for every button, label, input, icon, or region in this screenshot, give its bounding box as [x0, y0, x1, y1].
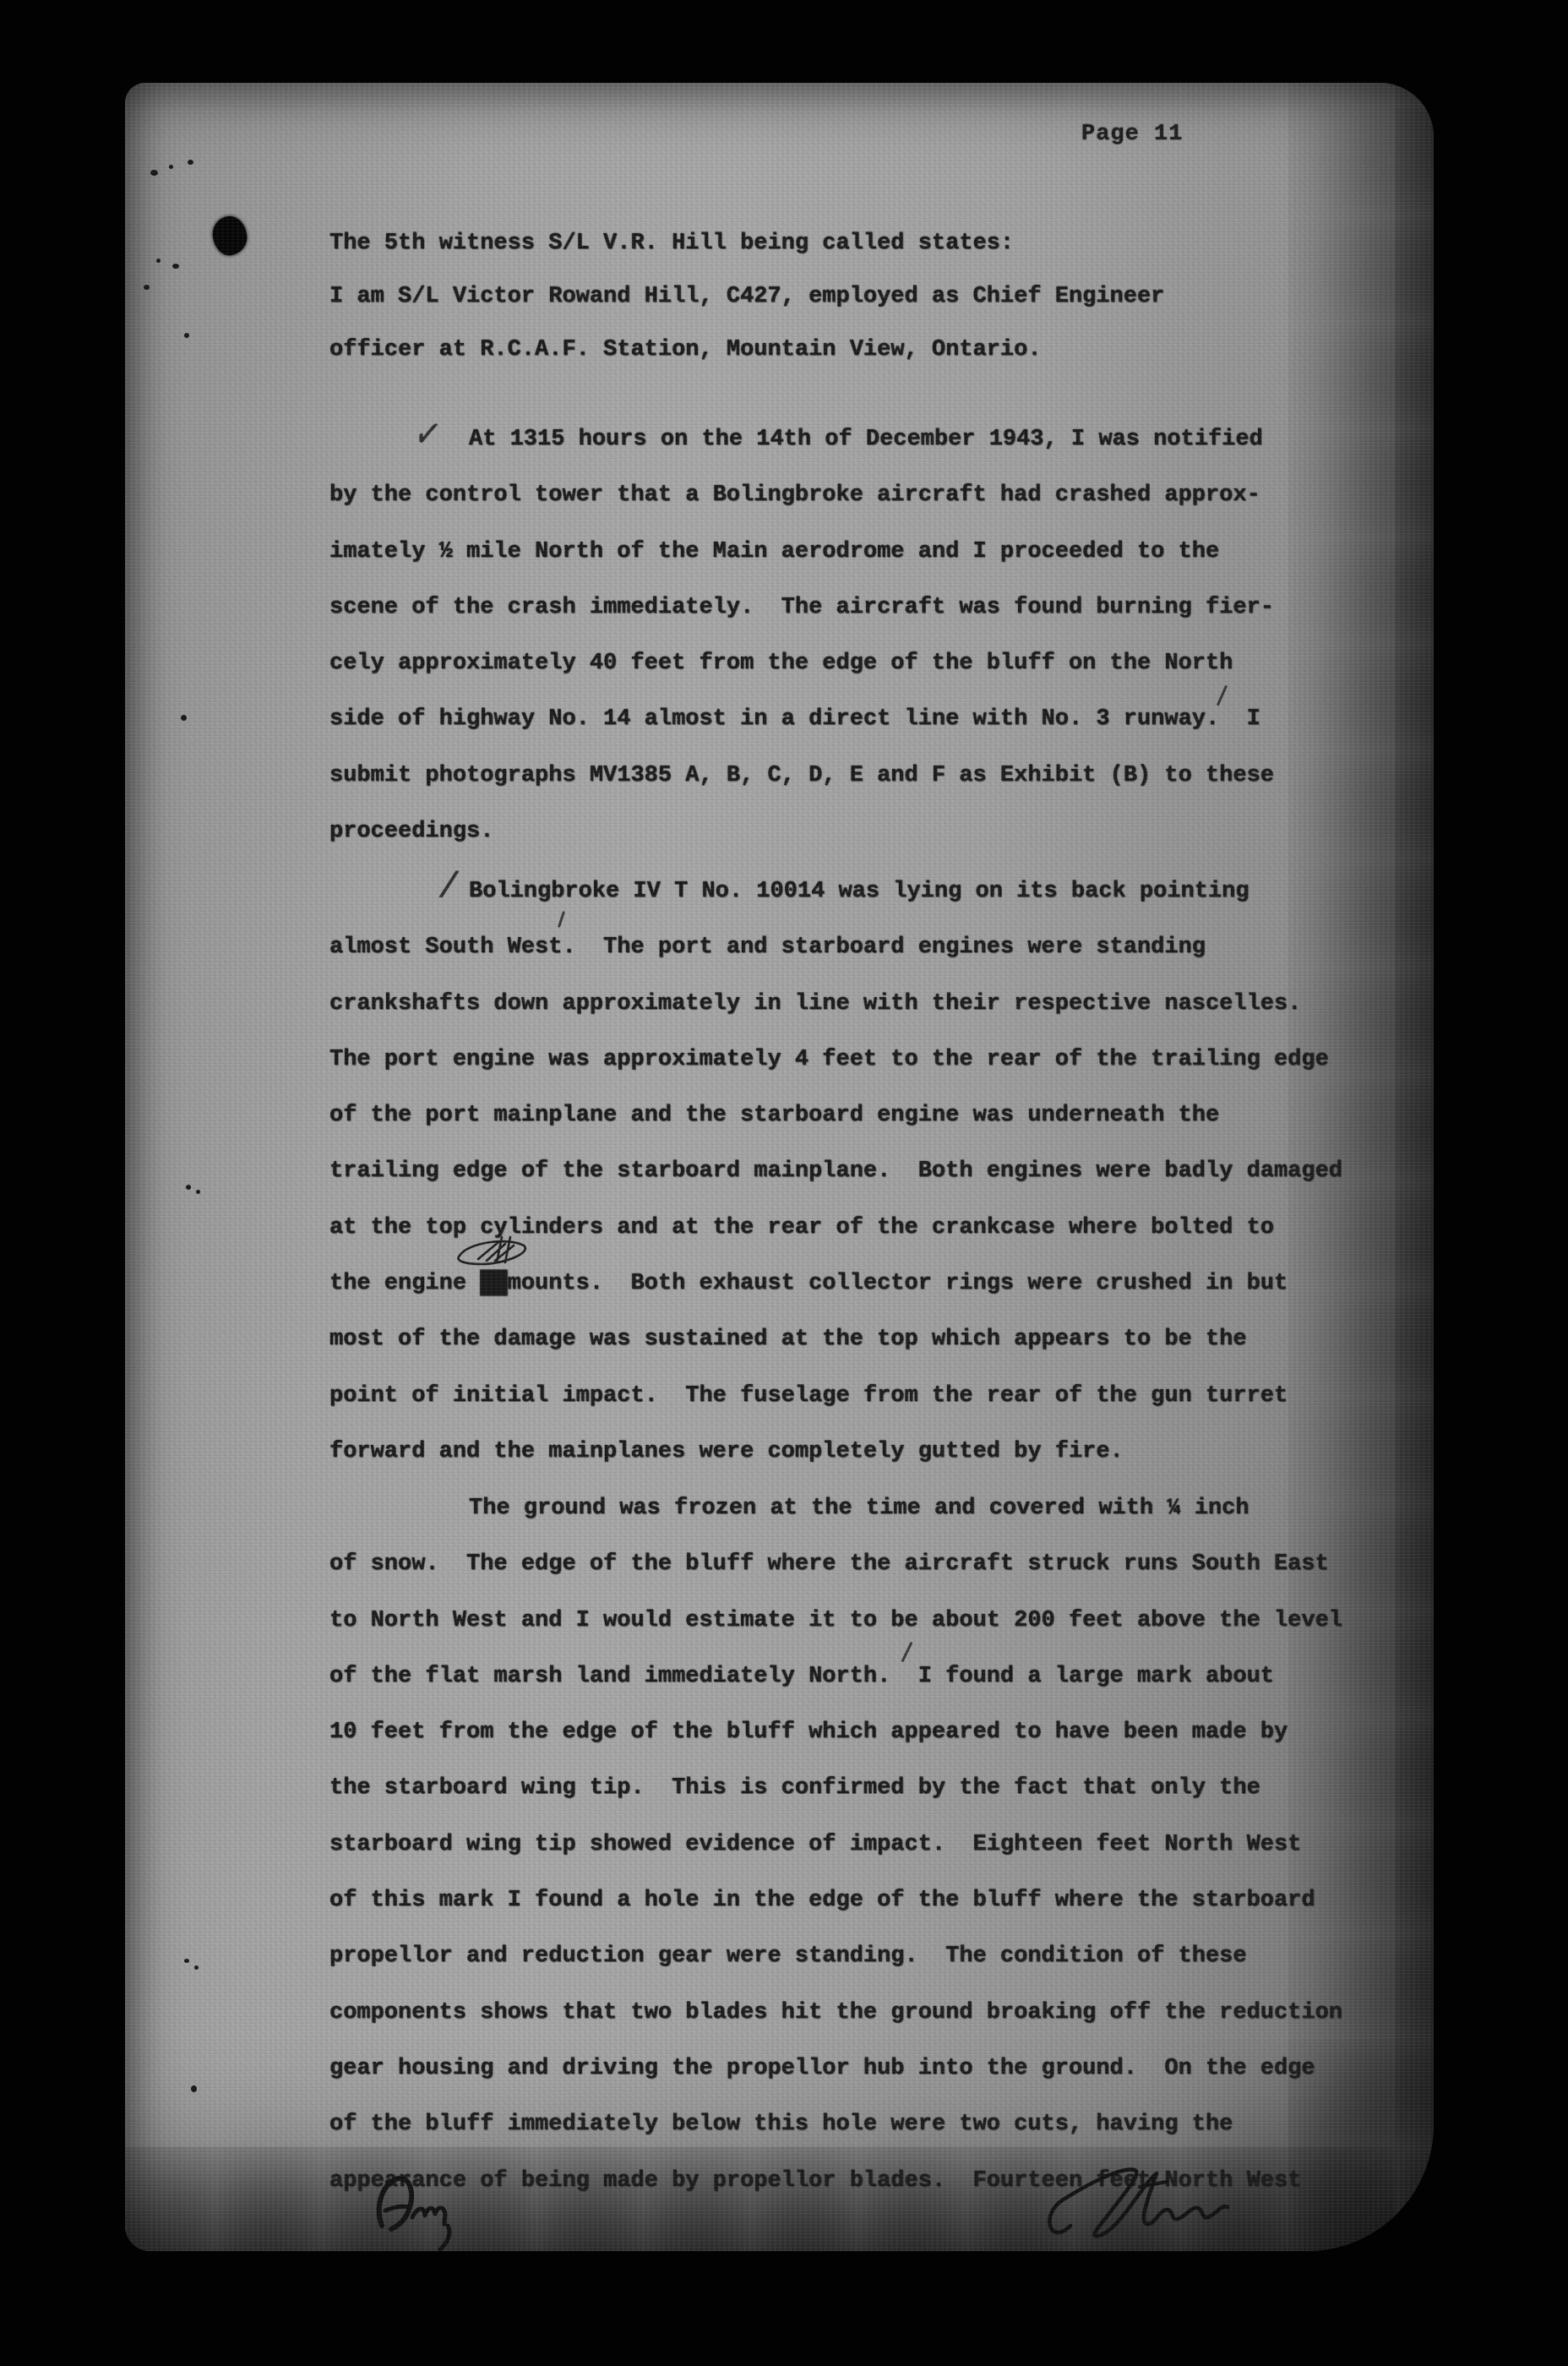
- text-line: of the port mainplane and the starboard …: [329, 1088, 1342, 1143]
- text-line: scene of the crash immediately. The airc…: [329, 580, 1274, 635]
- text-line: by the control tower that a Bolingbroke …: [329, 467, 1274, 523]
- text-line: The 5th witness S/L V.R. Hill being call…: [329, 217, 1164, 270]
- text-line: proceedings.: [329, 804, 1274, 859]
- handwritten-correction-scribble: [453, 1234, 537, 1273]
- paragraph-witness-intro: The 5th witness S/L V.R. Hill being call…: [329, 217, 1164, 377]
- text-line: officer at R.C.A.F. Station, Mountain Vi…: [329, 324, 1164, 377]
- text-line: I am S/L Victor Rowand Hill, C427, emplo…: [329, 270, 1164, 324]
- text-line: most of the damage was sustained at the …: [329, 1311, 1342, 1367]
- handwritten-note-am: [368, 2170, 504, 2251]
- text-line: of the flat marsh land immediately North…: [329, 1649, 1342, 1704]
- text-line: point of initial impact. The fuselage fr…: [329, 1368, 1342, 1424]
- text-line: cely approximately 40 feet from the edge…: [329, 635, 1274, 691]
- text-line: The port engine was approximately 4 feet…: [329, 1032, 1342, 1088]
- text-line: starboard wing tip showed evidence of im…: [329, 1817, 1342, 1873]
- ink-speck: [172, 264, 179, 269]
- ink-speck: [188, 160, 193, 165]
- text-line: At 1315 hours on the 14th of December 19…: [329, 412, 1274, 467]
- text-line: the starboard wing tip. This is confirme…: [329, 1760, 1342, 1816]
- text-line: crankshafts down approximately in line w…: [329, 976, 1342, 1032]
- text-line: The ground was frozen at the time and co…: [329, 1480, 1342, 1536]
- ink-speck: [184, 333, 189, 338]
- paragraph-wreckage-description: Bolingbroke IV T No. 10014 was lying on …: [329, 864, 1342, 1480]
- text-line: almost South West. The port and starboar…: [329, 919, 1342, 975]
- ink-speck: [191, 2085, 197, 2092]
- text-line: Bolingbroke IV T No. 10014 was lying on …: [329, 864, 1342, 919]
- ink-speck: [156, 259, 161, 263]
- ink-speck: [186, 1185, 191, 1190]
- text-line: forward and the mainplanes were complete…: [329, 1424, 1342, 1480]
- text-line: side of highway No. 14 almost in a direc…: [329, 691, 1274, 747]
- text-line: components shows that two blades hit the…: [329, 1985, 1342, 2041]
- ink-speck: [150, 170, 158, 176]
- ink-speck: [184, 1959, 189, 1963]
- text-line: of this mark I found a hole in the edge …: [329, 1873, 1342, 1928]
- ink-speck: [181, 715, 187, 721]
- text-line: submit photographs MV1385 A, B, C, D, E …: [329, 748, 1274, 804]
- ink-blob: [210, 214, 249, 257]
- text-line: gear housing and driving the propellor h…: [329, 2041, 1342, 2096]
- text-line: of the bluff immediately below this hole…: [329, 2096, 1342, 2152]
- text-line: trailing edge of the starboard mainplane…: [329, 1143, 1342, 1199]
- document-page: Page 11 The 5th witness S/L V.R. Hill be…: [125, 83, 1434, 2251]
- scanner-background: Page 11 The 5th witness S/L V.R. Hill be…: [0, 0, 1568, 2366]
- paragraph-ground-evidence: The ground was frozen at the time and co…: [329, 1480, 1342, 2209]
- signature-scrawl: [1033, 2160, 1270, 2251]
- text-line: to North West and I would estimate it to…: [329, 1593, 1342, 1649]
- text-line: imately ½ mile North of the Main aerodro…: [329, 524, 1274, 580]
- ink-speck: [194, 1965, 199, 1970]
- ink-speck: [196, 1190, 200, 1194]
- page-number: Page 11: [1081, 120, 1183, 149]
- text-line: propellor and reduction gear were standi…: [329, 1928, 1342, 1984]
- text-line: of snow. The edge of the bluff where the…: [329, 1536, 1342, 1592]
- text-line: 10 feet from the edge of the bluff which…: [329, 1704, 1342, 1760]
- paragraph-crash-notification: At 1315 hours on the 14th of December 19…: [329, 412, 1274, 859]
- ink-speck: [144, 285, 150, 290]
- ink-speck: [169, 165, 173, 169]
